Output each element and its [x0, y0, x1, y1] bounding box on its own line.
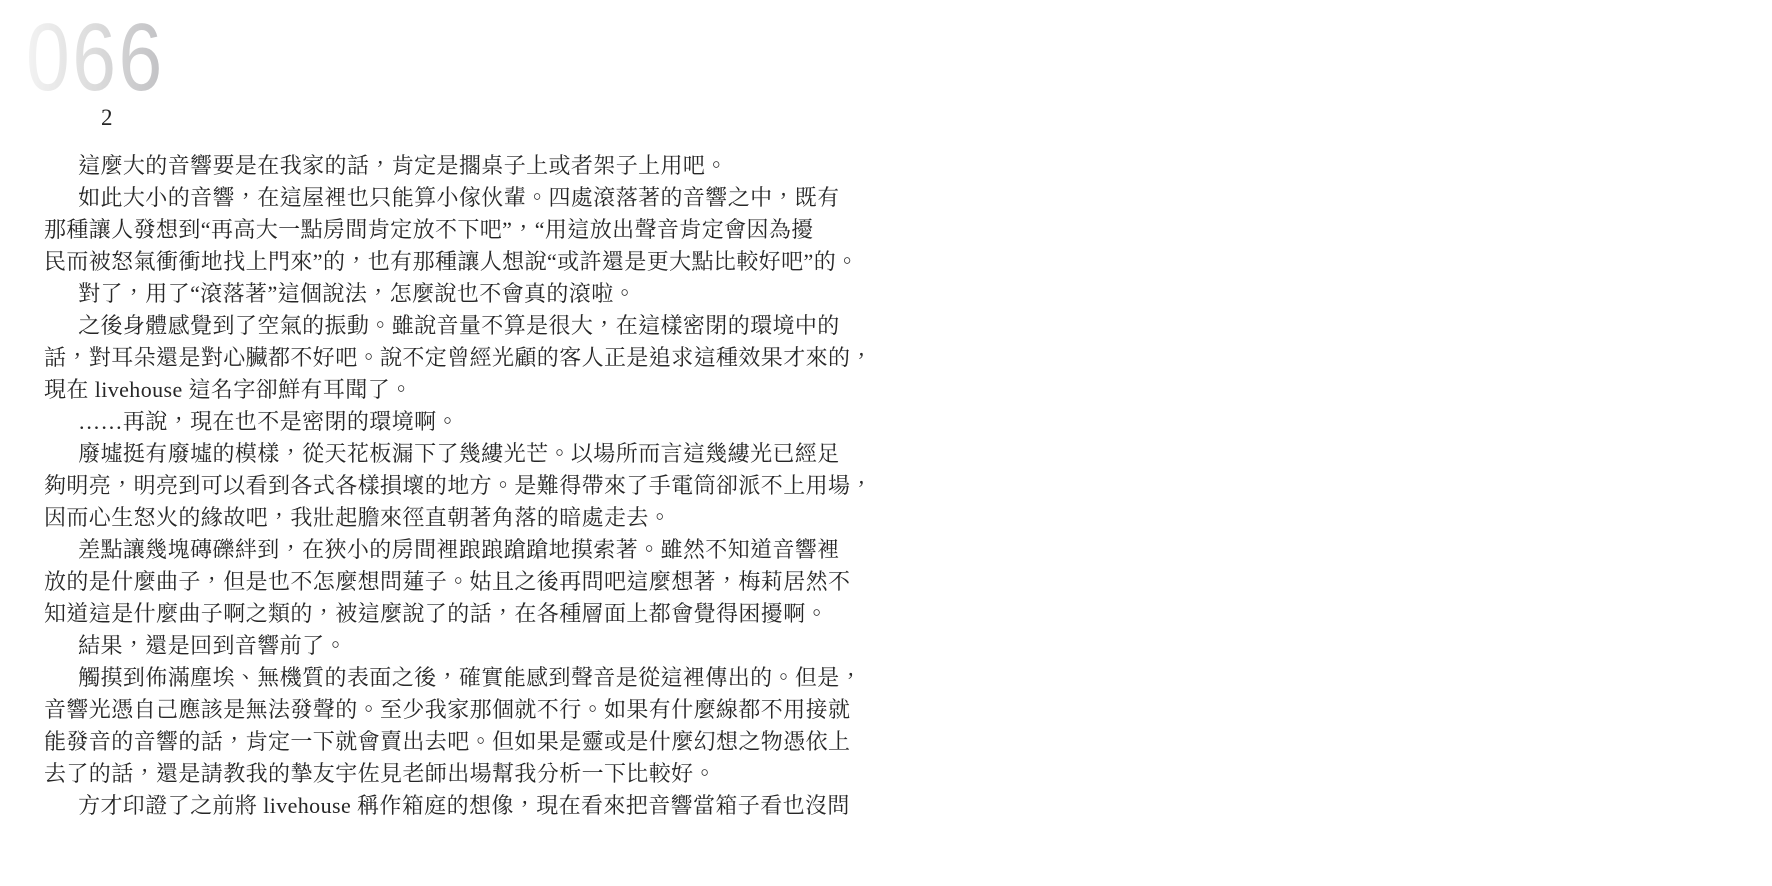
text-line: 方才印證了之前將 livehouse 稱作箱庭的想像，現在看來把音響當箱子看也沒… [44, 790, 858, 822]
text-line: 音響光憑自己應該是無法發聲的。至少我家那個就不行。如果有什麼線都不用接就 [44, 694, 858, 726]
text-line: 去了的話，還是請教我的摯友宇佐見老師出場幫我分析一下比較好。 [44, 758, 858, 790]
text-line: 這麼大的音響要是在我家的話，肯定是擱桌子上或者架子上用吧。 [44, 150, 858, 182]
text-line: 之後身體感覺到了空氣的振動。雖說音量不算是很大，在這樣密閉的環境中的 [44, 310, 858, 342]
text-line: 放的是什麼曲子，但是也不怎麼想問蓮子。姑且之後再問吧這麼想著，梅莉居然不 [44, 566, 858, 598]
text-line: 觸摸到佈滿塵埃、無機質的表面之後，確實能感到聲音是從這裡傳出的。但是， [44, 662, 858, 694]
page-right: 題，不如說怎麼看都是個箱子。雖然箱庭中有箱子多少有點套娃的感覺，遺憾的是 正常來… [880, 0, 1772, 886]
text-line: 現在 livehouse 這名字卻鮮有耳聞了。 [44, 374, 858, 406]
text-line: 能發音的音響的話，肯定一下就會賣出去吧。但如果是靈或是什麼幻想之物憑依上 [44, 726, 858, 758]
page-left: 066 2 這麼大的音響要是在我家的話，肯定是擱桌子上或者架子上用吧。 如此大小… [0, 0, 880, 886]
text-line: 結果，還是回到音響前了。 [44, 630, 858, 662]
text-line: 夠明亮，明亮到可以看到各式各樣損壞的地方。是難得帶來了手電筒卻派不上用場， [44, 470, 858, 502]
text-line: 因而心生怒火的緣故吧，我壯起膽來徑直朝著角落的暗處走去。 [44, 502, 858, 534]
text-line: 話，對耳朵還是對心臟都不好吧。說不定曾經光顧的客人正是追求這種效果才來的， [44, 342, 858, 374]
text-line: 對了，用了“滾落著”這個說法，怎麼說也不會真的滾啦。 [44, 278, 858, 310]
left-text-block: 這麼大的音響要是在我家的話，肯定是擱桌子上或者架子上用吧。 如此大小的音響，在這… [44, 150, 858, 822]
text-line: 那種讓人發想到“再高大一點房間肯定放不下吧”，“用這放出聲音肯定會因為擾 [44, 214, 858, 246]
text-line: 如此大小的音響，在這屋裡也只能算小傢伙輩。四處滾落著的音響之中，既有 [44, 182, 858, 214]
text-line: 民而被怒氣衝衝地找上門來”的，也有那種讓人想說“或許還是更大點比較好吧”的。 [44, 246, 858, 278]
text-line: 廢墟挺有廢墟的模樣，從天花板漏下了幾縷光芒。以場所而言這幾縷光已經足 [44, 438, 858, 470]
section-number: 2 [101, 104, 113, 132]
text-line: 差點讓幾塊磚礫絆到，在狹小的房間裡踉踉蹌蹌地摸索著。雖然不知道音響裡 [44, 534, 858, 566]
text-line: ……再說，現在也不是密閉的環境啊。 [44, 406, 858, 438]
text-line: 知道這是什麼曲子啊之類的，被這麼說了的話，在各種層面上都會覺得困擾啊。 [44, 598, 858, 630]
page-number-watermark: 066 [26, 10, 165, 106]
